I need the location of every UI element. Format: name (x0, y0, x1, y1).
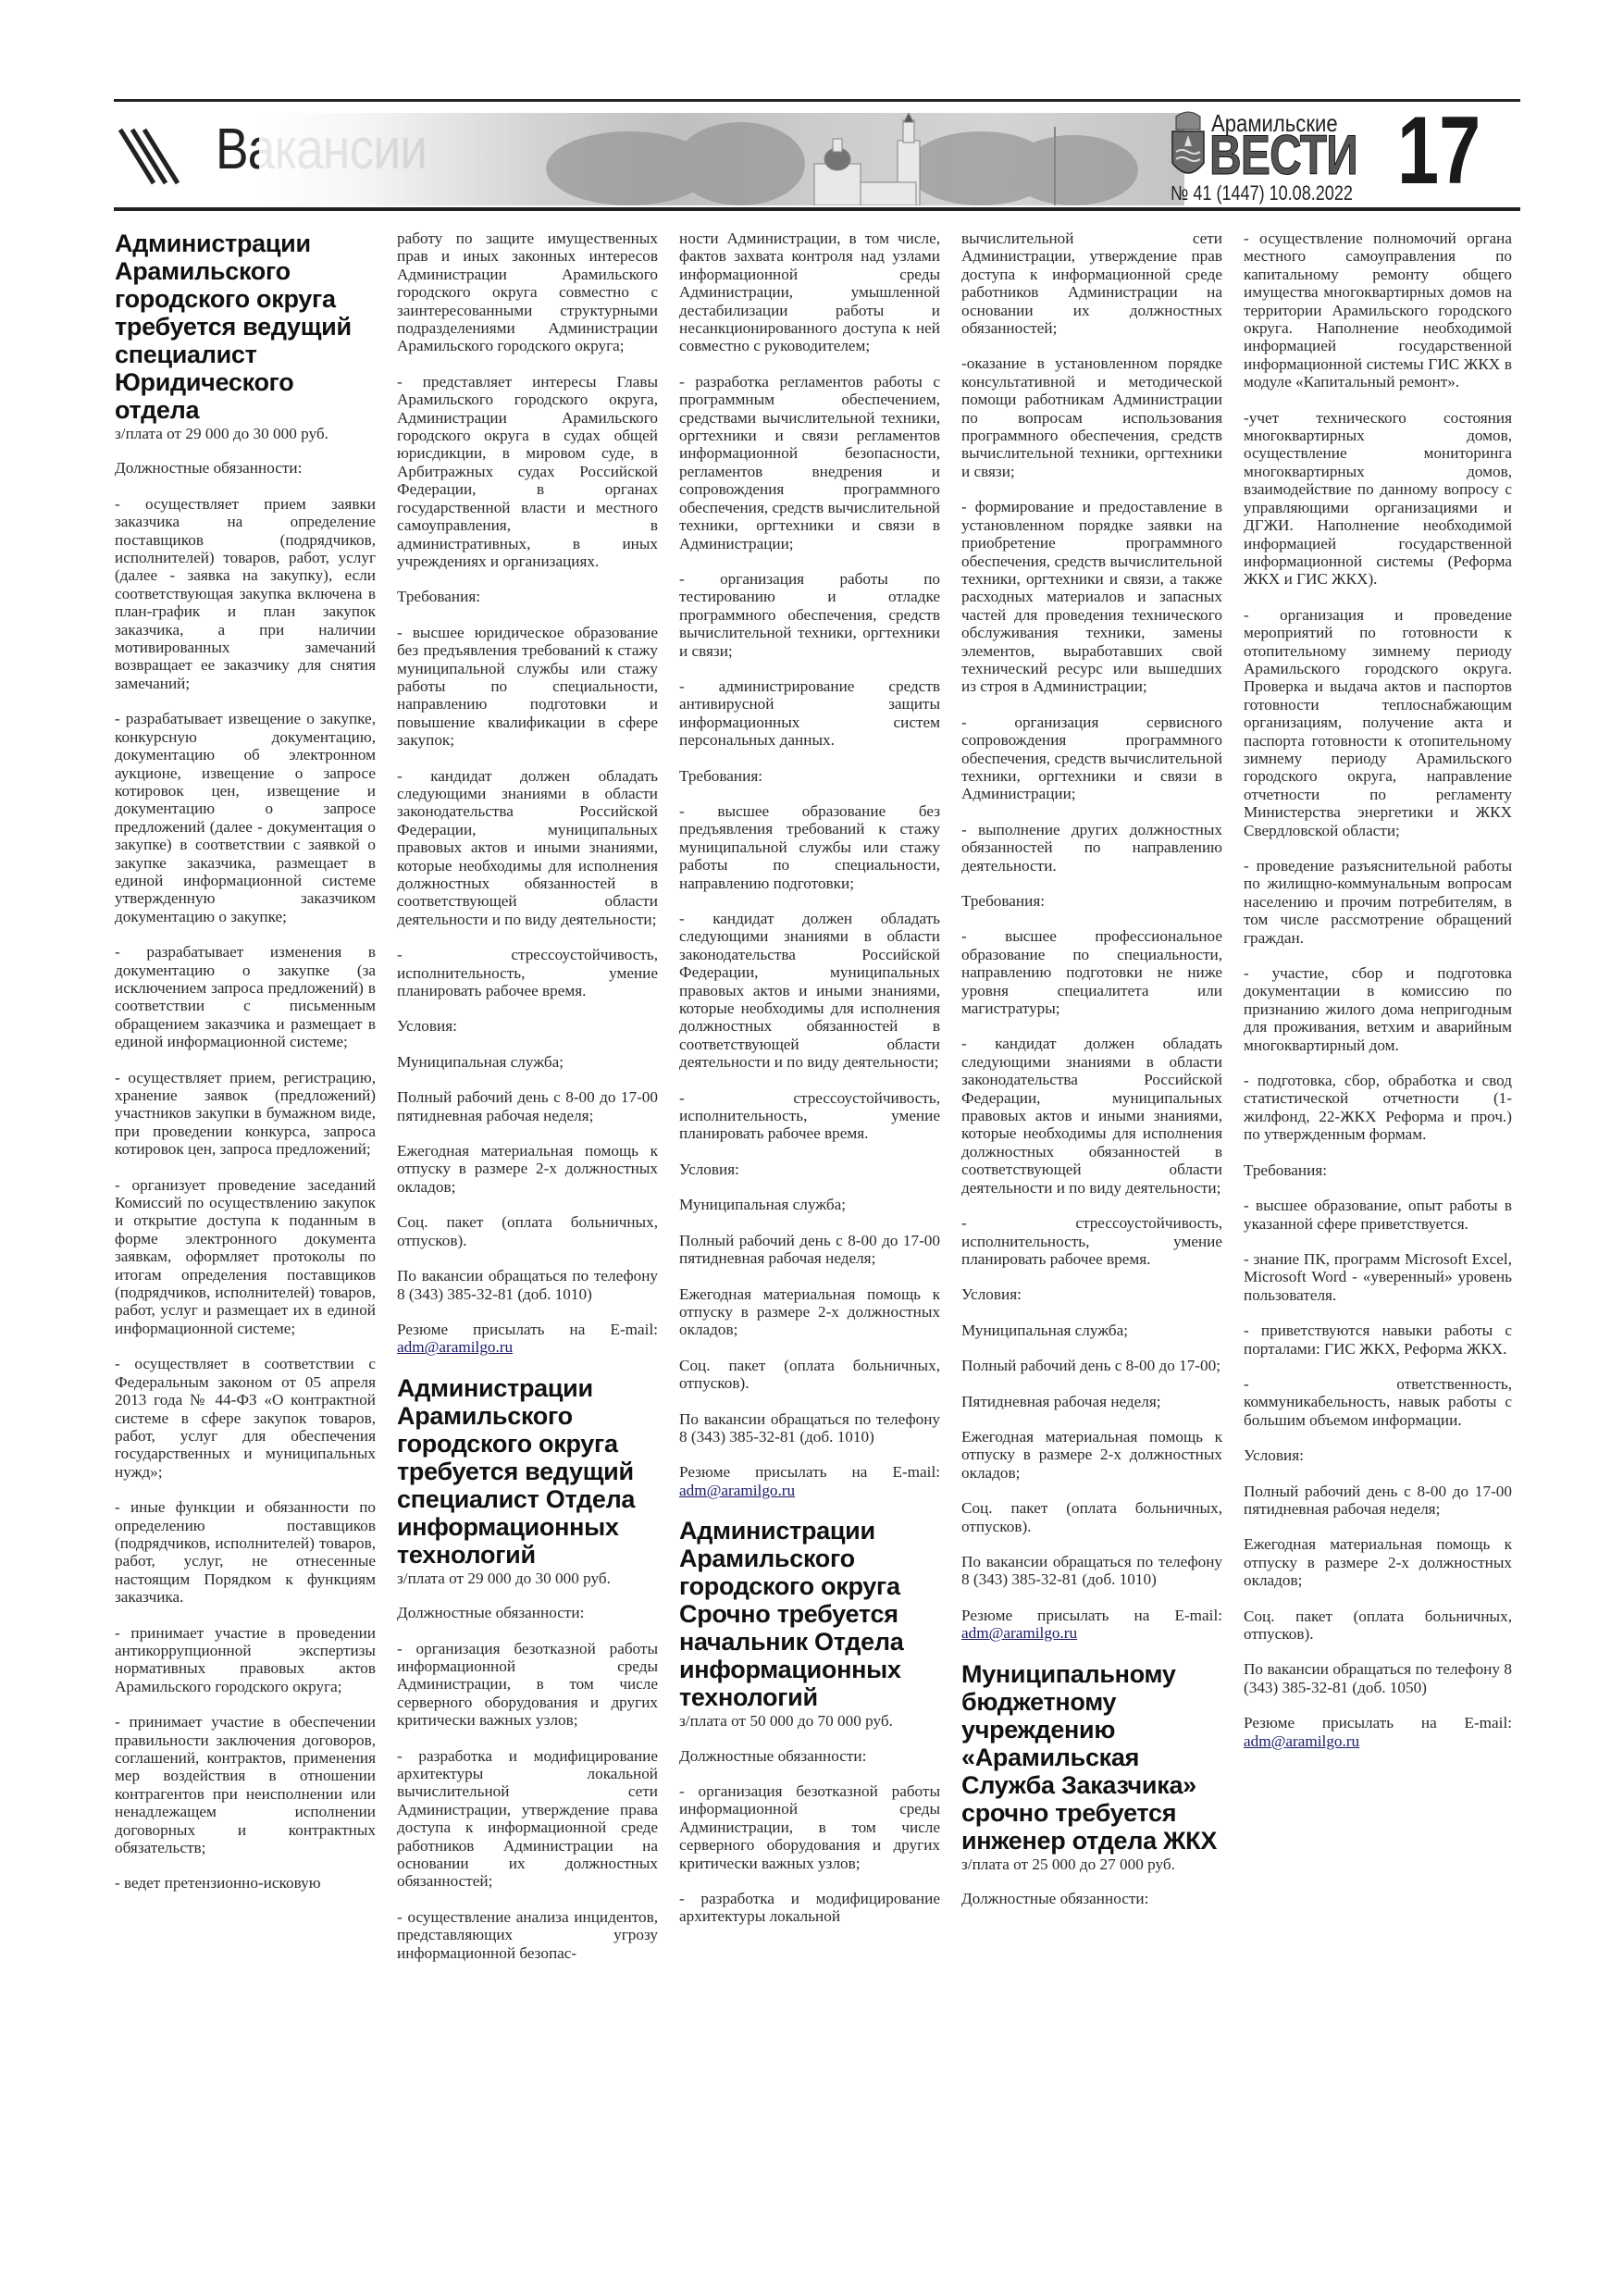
issue-info: № 41 (1447) 10.08.2022 (1171, 181, 1353, 205)
paragraph: Соц. пакет (оплата больничных, отпусков)… (679, 1357, 940, 1393)
paragraph: - разрабатывает изменения в документацию… (115, 943, 376, 1050)
paragraph: Соц. пакет (оплата больничных, отпусков)… (1244, 1607, 1512, 1644)
paragraph: - организация работы по тестированию и о… (679, 570, 940, 660)
paragraph: - осуществление полномочий органа местно… (1244, 230, 1512, 391)
paragraph: По вакансии обращаться по телефону 8 (34… (679, 1410, 940, 1446)
paragraph: Требования: (679, 767, 940, 785)
paragraph: Соц. пакет (оплата больничных, отпусков)… (961, 1499, 1222, 1535)
paragraph: - организация сервисного сопровождения п… (961, 714, 1222, 803)
email-link[interactable]: adm@aramilgo.ru (397, 1338, 513, 1356)
paragraph: - подготовка, сбор, обработка и свод ста… (1244, 1072, 1512, 1144)
paragraph: Полный рабочий день с 8-00 до 17-00 пяти… (1244, 1483, 1512, 1519)
paragraph: - высшее профессиональное образование по… (961, 927, 1222, 1017)
salary-range: з/плата от 25 000 до 27 000 руб. (961, 1855, 1222, 1873)
paragraph: - разработка и модифицирование архитекту… (397, 1747, 658, 1891)
paragraph: - разрабатывает извещение о закупке, кон… (115, 710, 376, 925)
paragraph: - представляет интересы Главы Арамильско… (397, 373, 658, 570)
paragraph: По вакансии обращаться по телефону 8 (34… (961, 1553, 1222, 1589)
paragraph: - высшее юридическое образование без пре… (397, 624, 658, 750)
paragraph: Полный рабочий день с 8-00 до 17-00 пяти… (679, 1232, 940, 1268)
paragraph: Требования: (961, 892, 1222, 910)
paragraph: - высшее образование без предъявления тр… (679, 802, 940, 892)
resume-email-label: Резюме присылать на E-mail: (397, 1321, 658, 1338)
vacancy-headline: Администрации Арамильского городского ок… (679, 1517, 940, 1711)
resume-email-line: Резюме присылать на E-mail: adm@aramilgo… (961, 1607, 1222, 1643)
paragraph: - приветствуются навыки работы с портала… (1244, 1322, 1512, 1358)
paragraph: - осуществляет в соответствии с Федераль… (115, 1355, 376, 1481)
paragraph: Ежегодная материальная помощь к отпуску … (1244, 1535, 1512, 1589)
paragraph: Муниципальная служба; (397, 1053, 658, 1071)
paragraph: Должностные обязанности: (115, 459, 376, 477)
paragraph: Ежегодная материальная помощь к отпуску … (961, 1428, 1222, 1482)
page-number: 17 (1397, 96, 1481, 206)
email-link[interactable]: adm@aramilgo.ru (961, 1624, 1077, 1642)
column-3: ности Администрации, в том числе, фактов… (679, 230, 940, 1943)
paragraph: Условия: (961, 1285, 1222, 1303)
article-columns: Администрации Арамильского городского ок… (115, 230, 1526, 2265)
paragraph: Условия: (1244, 1446, 1512, 1464)
paragraph: - организация и проведение мероприятий п… (1244, 606, 1512, 839)
header-photo-church (259, 113, 1184, 205)
paragraph: -учет технического состояния многокварти… (1244, 409, 1512, 589)
paragraph: - стрессоустойчивость, исполнительность,… (397, 946, 658, 999)
resume-email-label: Резюме присылать на E-mail: (1244, 1714, 1512, 1731)
resume-email-label: Резюме присылать на E-mail: (961, 1607, 1222, 1624)
paragraph: Полный рабочий день с 8-00 до 17-00; (961, 1357, 1222, 1374)
salary-range: з/плата от 29 000 до 30 000 руб. (397, 1570, 658, 1587)
paragraph: вычислительной сети Администрации, утвер… (961, 230, 1222, 337)
resume-email-line: Резюме присылать на E-mail: adm@aramilgo… (679, 1463, 940, 1499)
paragraph: По вакансии обращаться по телефону 8 (34… (397, 1267, 658, 1303)
paragraph: - ведет претензионно-исковую (115, 1874, 376, 1892)
salary-range: з/плата от 29 000 до 30 000 руб. (115, 425, 376, 442)
paragraph: Требования: (397, 588, 658, 605)
vacancy-headline: Администрации Арамильского городского ок… (115, 230, 376, 424)
paragraph: - разработка и модифицирование архитекту… (679, 1890, 940, 1926)
paragraph: - стрессоустойчивость, исполнительность,… (961, 1214, 1222, 1268)
paragraph: - проведение разъяснительной работы по ж… (1244, 857, 1512, 947)
column-1: Администрации Арамильского городского ок… (115, 230, 376, 1910)
paragraph: - принимает участие в обеспечении правил… (115, 1713, 376, 1856)
paragraph: Соц. пакет (оплата больничных, отпусков)… (397, 1213, 658, 1249)
paragraph: Условия: (397, 1017, 658, 1035)
paragraph: Пятидневная рабочая неделя; (961, 1393, 1222, 1410)
paragraph: По вакансии обращаться по телефону 8 (34… (1244, 1660, 1512, 1696)
paragraph: - разработка регламентов работы с програ… (679, 373, 940, 552)
header-top-rule (114, 99, 1520, 102)
paragraph: - осуществление анализа инцидентов, пред… (397, 1908, 658, 1962)
paragraph: - организация безотказной работы информа… (679, 1782, 940, 1872)
paragraph: - знание ПК, программ Microsoft Excel, M… (1244, 1250, 1512, 1304)
paragraph: Должностные обязанности: (397, 1604, 658, 1621)
column-5: - осуществление полномочий органа местно… (1244, 230, 1512, 1768)
paragraph: Должностные обязанности: (961, 1890, 1222, 1907)
email-link[interactable]: adm@aramilgo.ru (679, 1482, 795, 1499)
paragraph: -оказание в установленном порядке консул… (961, 354, 1222, 480)
paragraph: - выполнение других должностных обязанно… (961, 821, 1222, 875)
masthead-line2: ВЕСТИ (1209, 128, 1357, 183)
paragraph: Требования: (1244, 1161, 1512, 1179)
paragraph: - формирование и предоставление в устано… (961, 498, 1222, 695)
paragraph: ности Администрации, в том числе, фактов… (679, 230, 940, 355)
paragraph: - иные функции и обязанности по определе… (115, 1498, 376, 1606)
paragraph: Ежегодная материальная помощь к отпуску … (397, 1142, 658, 1196)
paragraph: - администрирование средств антивирусной… (679, 677, 940, 750)
vacancy-headline: Муниципальному бюджетному учреждению «Ар… (961, 1660, 1222, 1855)
resume-email-label: Резюме присылать на E-mail: (679, 1463, 940, 1481)
paragraph: - высшее образование, опыт работы в указ… (1244, 1197, 1512, 1233)
paragraph: - стрессоустойчивость, исполнительность,… (679, 1089, 940, 1143)
paragraph: работу по защите имущественных прав и ин… (397, 230, 658, 355)
paragraph: Муниципальная служба; (961, 1322, 1222, 1339)
email-link[interactable]: adm@aramilgo.ru (1244, 1732, 1359, 1750)
paragraph: - кандидат должен обладать следующими зн… (679, 910, 940, 1072)
paragraph: Муниципальная служба; (679, 1196, 940, 1213)
paragraph: - участие, сбор и подготовка документаци… (1244, 964, 1512, 1054)
column-2: работу по защите имущественных прав и ин… (397, 230, 658, 1980)
paragraph: - принимает участие в проведении антикор… (115, 1624, 376, 1696)
newspaper-masthead: Арамильские ВЕСТИ 17 № 41 (1447) 10.08.2… (1171, 104, 1522, 205)
resume-email-line: Резюме присылать на E-mail: adm@aramilgo… (397, 1321, 658, 1357)
paragraph: - кандидат должен обладать следующими зн… (397, 767, 658, 929)
paragraph: - ответственность, коммуникабельность, н… (1244, 1375, 1512, 1429)
paragraph: - кандидат должен обладать следующими зн… (961, 1035, 1222, 1197)
paragraph: Условия: (679, 1160, 940, 1178)
paragraph: Ежегодная материальная помощь к отпуску … (679, 1285, 940, 1339)
paragraph: - осуществляет прием заявки заказчика на… (115, 495, 376, 692)
paragraph: - осуществляет прием, регистрацию, хране… (115, 1069, 376, 1159)
section-slashes-icon (117, 128, 181, 185)
column-4: вычислительной сети Администрации, утвер… (961, 230, 1222, 1925)
header-bottom-rule (114, 207, 1520, 211)
paragraph: - организация безотказной работы информа… (397, 1640, 658, 1730)
paragraph: Должностные обязанности: (679, 1747, 940, 1765)
coat-of-arms-icon (1171, 111, 1206, 180)
paragraph: - организует проведение заседаний Комисс… (115, 1176, 376, 1338)
vacancy-headline: Администрации Арамильского городского ок… (397, 1374, 658, 1569)
paragraph: Полный рабочий день с 8-00 до 17-00 пяти… (397, 1088, 658, 1124)
resume-email-line: Резюме присылать на E-mail: adm@aramilgo… (1244, 1714, 1512, 1750)
salary-range: з/плата от 50 000 до 70 000 руб. (679, 1712, 940, 1730)
